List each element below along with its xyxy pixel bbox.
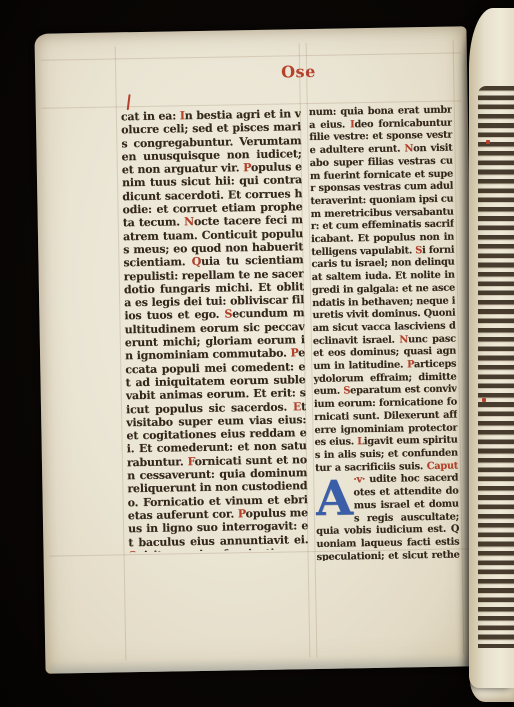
versal-flourish	[127, 94, 131, 110]
manuscript-photo: Ose cat in ea: In bestia agri et in volu…	[0, 0, 514, 707]
ruling-line-horizontal	[41, 52, 461, 60]
rubricated-versal: N	[404, 143, 413, 154]
text-column-right: num: quia bona erat umbra eius. Ideo for…	[309, 105, 460, 561]
body-text: cat in ea:	[121, 109, 180, 123]
rubricated-versal: S	[224, 308, 232, 321]
rubricated-versal: Q	[192, 255, 202, 268]
illuminated-initial: A	[315, 476, 350, 525]
rubricated-versal: P	[238, 507, 246, 520]
text-column-left: cat in ea: In bestia agri et in volucre …	[121, 107, 309, 552]
adjacent-page-text-lines	[478, 86, 514, 648]
rubricated-versal: N	[184, 215, 194, 228]
red-accent-mark	[486, 140, 490, 144]
red-accent-mark	[482, 398, 486, 402]
manuscript-page: Ose cat in ea: In bestia agri et in volu…	[34, 26, 477, 673]
ruling-lines	[34, 26, 466, 34]
body-text: i fornicaris tu israel; non delinquat sa…	[311, 244, 455, 346]
running-title: Ose	[281, 62, 321, 82]
body-text: on visitabo super filias vestras cum fue…	[310, 143, 455, 258]
adjacent-page-edge	[469, 8, 514, 688]
